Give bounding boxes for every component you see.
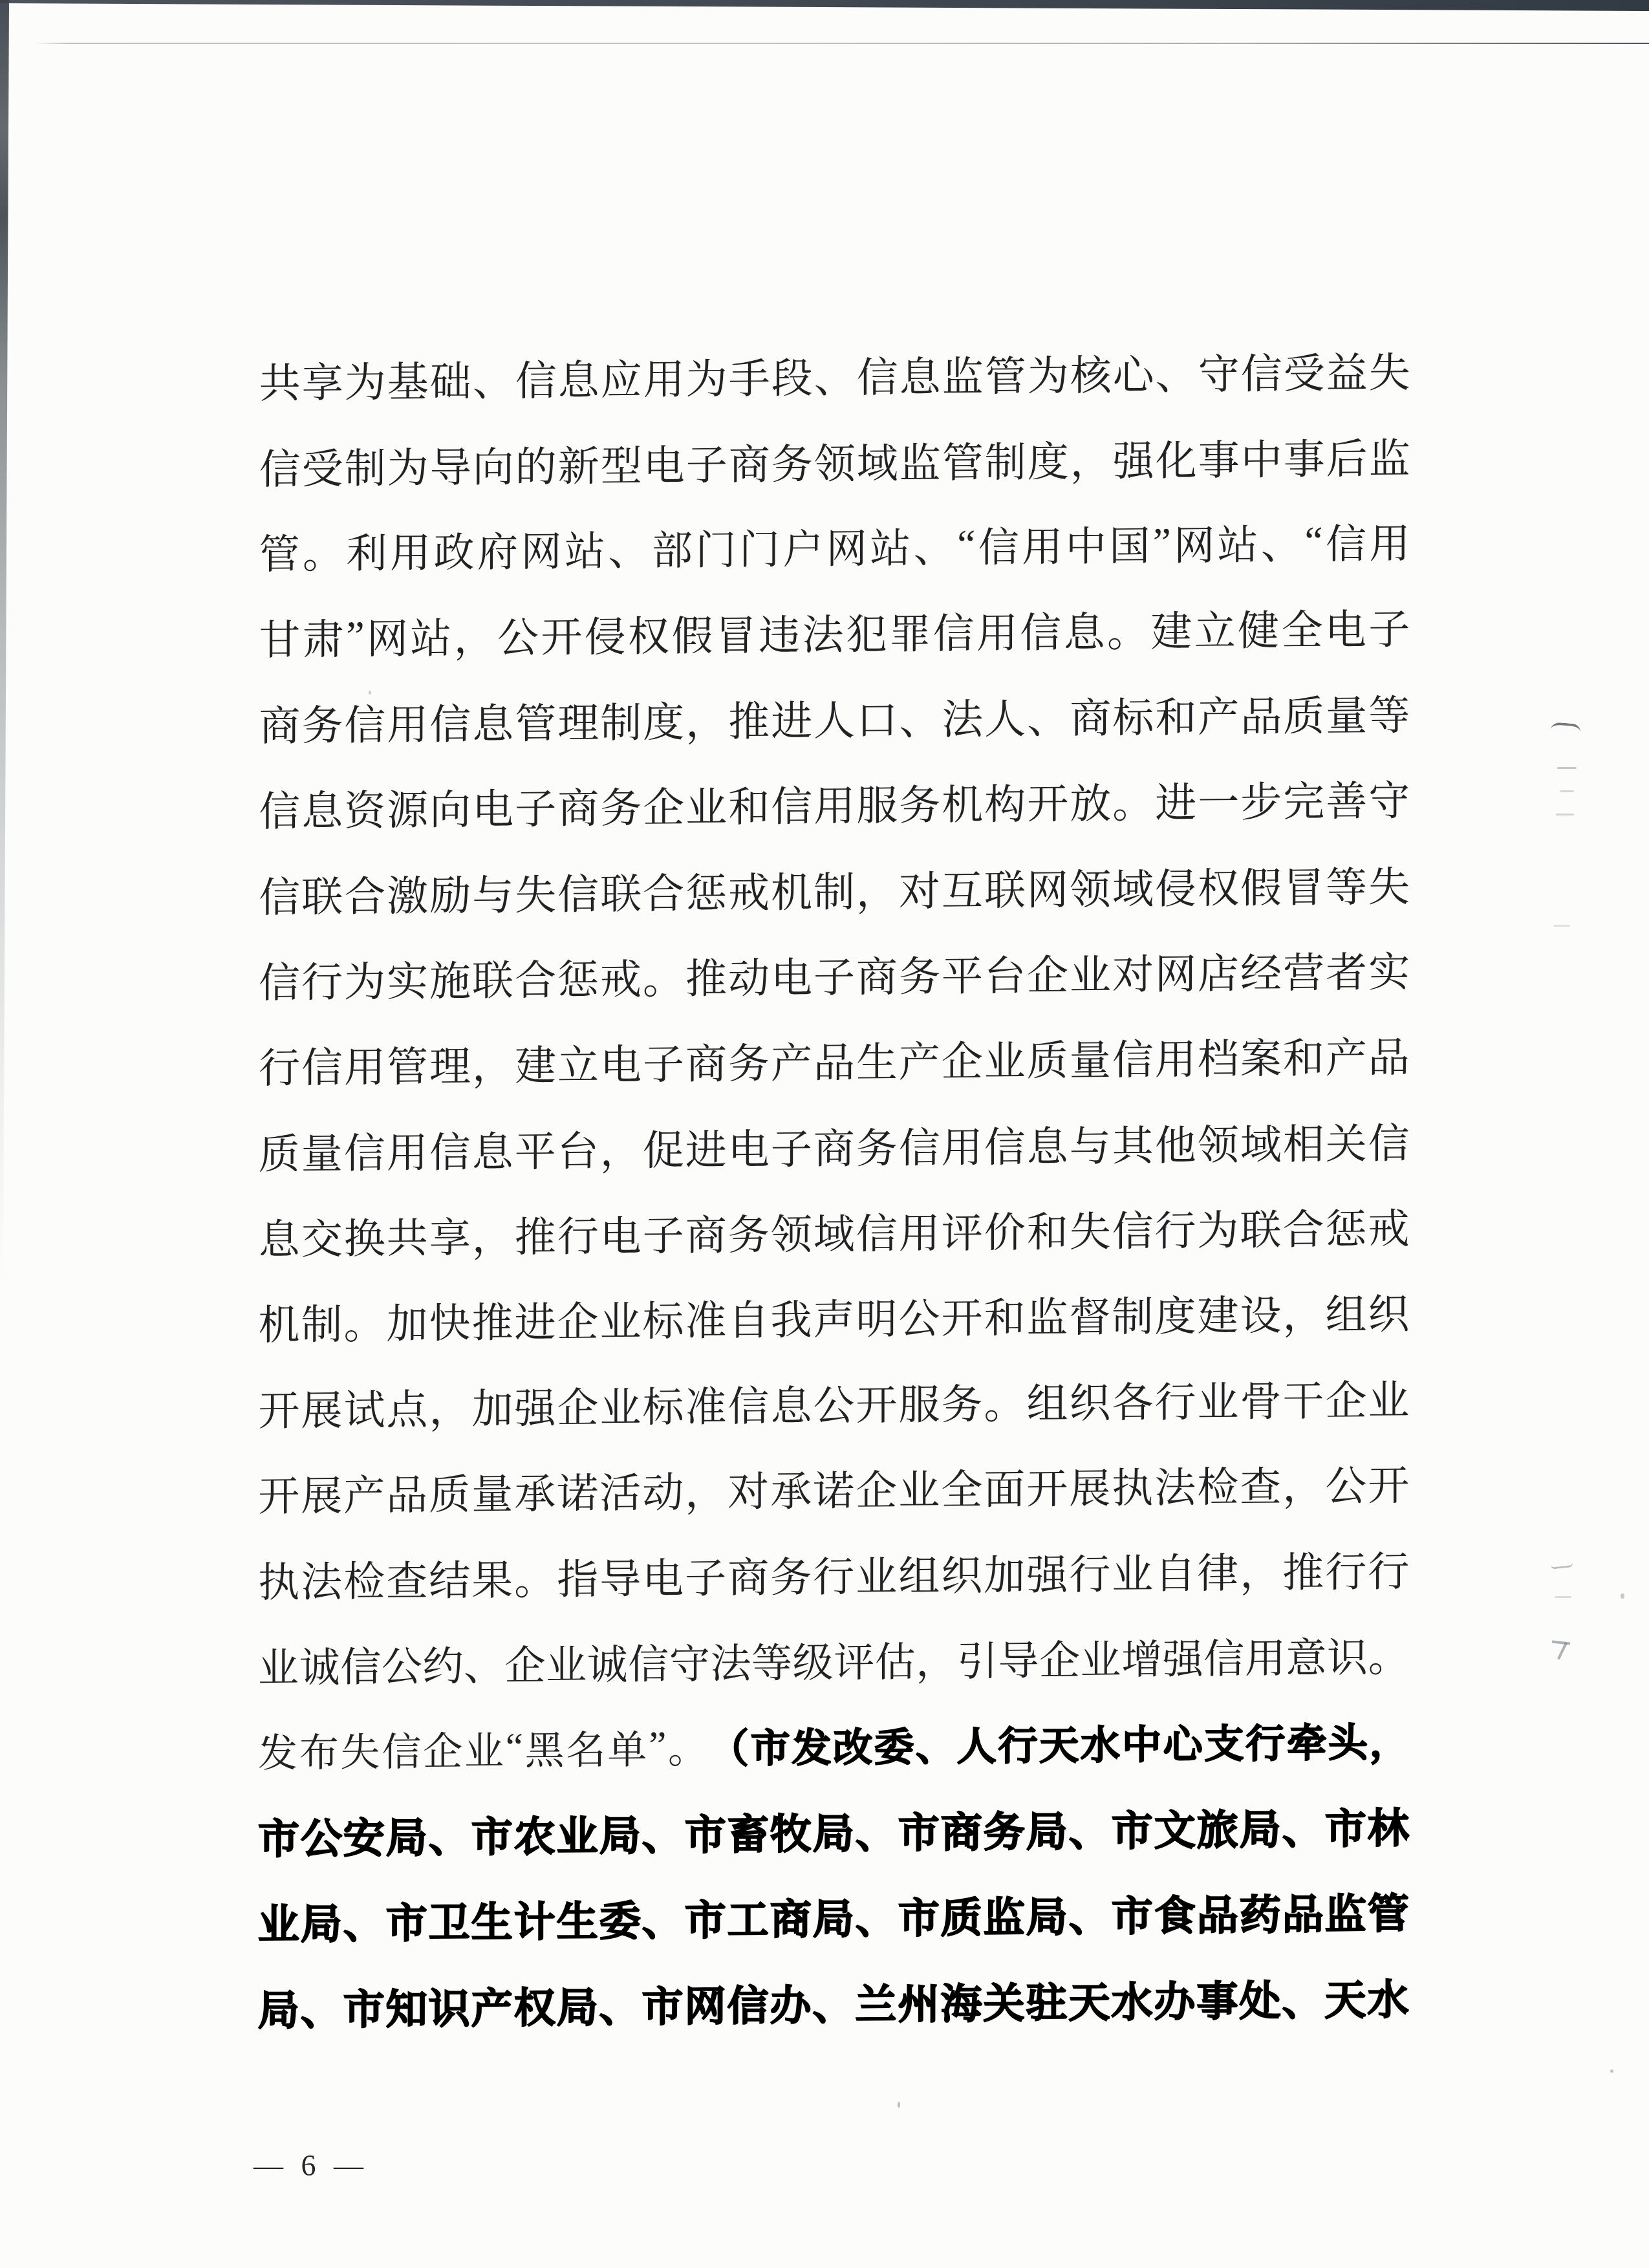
- scan-hairline: [35, 43, 1649, 44]
- text-line: 执法检查结果。指导电子商务行业组织加强行业自律，推行行: [258, 1525, 1409, 1621]
- text-line: 息交换共享，推行电子商务领域信用评价和失信行为联合惩戒: [259, 1183, 1410, 1279]
- ink-smudge-dash: [1553, 925, 1570, 927]
- text-line: 信息资源向电子商务企业和信用服务机构开放。进一步完善守: [259, 755, 1410, 851]
- text-line: 信联合激励与失信联合惩戒机制，对互联网领域侵权假冒等失: [259, 840, 1410, 936]
- text-line: 信受制为导向的新型电子商务领域监管制度，强化事中事后监: [259, 412, 1410, 508]
- ink-smudge-dash: [1555, 1596, 1571, 1598]
- text-line: 局、市知识产权局、市网信办、兰州海关驻天水办事处、天水: [258, 1953, 1409, 2049]
- text-line: 机制。加快推进企业标准自我声明公开和监督制度建设，组织: [259, 1268, 1410, 1365]
- text-line: 市公安局、市农业局、市畜牧局、市商务局、市文旅局、市林: [258, 1782, 1409, 1879]
- scan-left-edge-band: [0, 0, 9, 1280]
- page-number: — 6 —: [253, 2148, 369, 2183]
- ink-smudge-dash: [1557, 767, 1577, 769]
- ink-speck: [1610, 2069, 1613, 2073]
- text-line: 业诚信公约、企业诚信守法等级评估，引导企业增强信用意识。: [258, 1611, 1409, 1707]
- ink-speck: [898, 2102, 900, 2108]
- text-line: 质量信用信息平台，促进电子商务信用信息与其他领域相关信: [259, 1097, 1410, 1193]
- ink-smudge-dash: [1560, 790, 1574, 792]
- ink-smudge-tilde: [1550, 1559, 1573, 1569]
- ink-smudge-arc: [1550, 722, 1581, 740]
- text-line: 甘肃”网站，公开侵权假冒违法犯罪信用信息。建立健全电子: [259, 583, 1410, 680]
- text-line: 业局、市卫生计生委、市工商局、市质监局、市食品药品监管: [258, 1868, 1409, 1964]
- text-line: 管。利用政府网站、部门门户网站、“信用中国”网站、“信用: [259, 498, 1410, 594]
- text-line: 开展试点，加强企业标准信息公开服务。组织各行业骨干企业: [258, 1354, 1409, 1451]
- text-line: 发布失信企业“黑名单”。（市发改委、人行天水中心支行牵头，: [258, 1696, 1409, 1793]
- text-line: 开展产品质量承诺活动，对承诺企业全面开展执法检查，公开: [258, 1440, 1409, 1536]
- ink-smudge-dash: [1556, 814, 1574, 815]
- text-line: 行信用管理，建立电子商务产品生产企业质量信用档案和产品: [259, 1011, 1410, 1108]
- text-line: 商务信用信息管理制度，推进人口、法人、商标和产品质量等: [259, 669, 1410, 765]
- document-body: 共享为基础、信息应用为手段、信息监管为核心、守信受益失信受制为导向的新型电子商务…: [258, 327, 1410, 2050]
- scan-top-edge-band: [0, 0, 1649, 11]
- text-line: 信行为实施联合惩戒。推动电子商务平台企业对网店经营者实: [259, 926, 1410, 1022]
- scanned-document-page: 共享为基础、信息应用为手段、信息监管为核心、守信受益失信受制为导向的新型电子商务…: [0, 0, 1649, 2268]
- ink-smudge-mark: [1552, 1641, 1570, 1645]
- ink-speck: [1621, 1593, 1624, 1599]
- text-line: 共享为基础、信息应用为手段、信息监管为核心、守信受益失: [259, 327, 1410, 423]
